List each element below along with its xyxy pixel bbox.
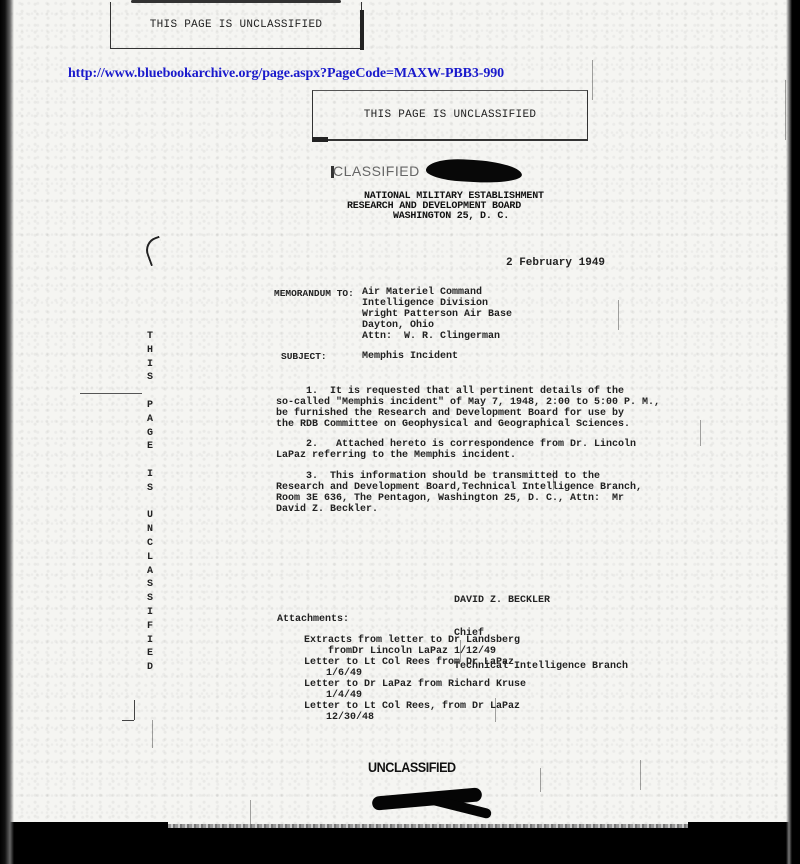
scan-scratch (640, 760, 641, 790)
attachments-label: Attachments: (277, 614, 349, 625)
scan-artifact-hook (142, 236, 168, 267)
attachment-date: 1/4/49 (304, 690, 526, 701)
vertical-unclassified-stamp: T H I S P A G E I S U N C L A S S I F I … (143, 330, 157, 675)
scan-border-left (0, 0, 14, 864)
addressee-line: Wright Patterson Air Base (362, 309, 512, 320)
stamp-letter: E (143, 440, 157, 454)
redaction-mark (425, 158, 522, 185)
letterhead-line-3: WASHINGTON 25, D. C. (393, 211, 509, 222)
scan-scratch (700, 420, 701, 446)
unclassified-stamp-text: THIS PAGE IS UNCLASSIFIED (364, 109, 537, 121)
attachment-title: Letter to Dr LaPaz from Richard Kruse (304, 679, 526, 690)
attachment-date: fromDr Lincoln LaPaz 1/12/49 (304, 646, 526, 657)
classified-stamp: CLASSIFIED (333, 163, 420, 179)
memorandum-addressee: Air Materiel Command Intelligence Divisi… (362, 287, 512, 342)
scan-scratch (618, 300, 619, 330)
stamp-letter: L (143, 551, 157, 565)
stamp-letter: S (143, 592, 157, 606)
stamp-letter: N (143, 523, 157, 537)
scan-scratch (152, 720, 153, 748)
scan-scratch (592, 60, 593, 100)
attachment-item: Letter to Lt Col Rees from Dr LaPaz 1/6/… (304, 657, 526, 679)
margin-line (80, 393, 142, 394)
subject-value: Memphis Incident (362, 351, 458, 362)
stamp-letter: I (143, 358, 157, 372)
paragraph-2: 2. Attached hereto is correspondence fro… (276, 439, 636, 461)
attachments-list: Extracts from letter to Dr Landsberg fro… (304, 635, 526, 723)
stamp-letter: H (143, 344, 157, 358)
stamp-letter: A (143, 413, 157, 427)
scan-border-right (786, 0, 800, 864)
addressee-line: Attn: W. R. Clingerman (362, 331, 512, 342)
addressee-line: Dayton, Ohio (362, 320, 512, 331)
attachment-title: Letter to Lt Col Rees, from Dr LaPaz (304, 701, 526, 712)
subject-label: SUBJECT: (281, 351, 327, 362)
unclassified-stamp-bottom: UNCLASSIFIED (368, 759, 456, 775)
unclassified-stamp-box-top: THIS PAGE IS UNCLASSIFIED (110, 2, 362, 49)
stamp-letter: T (143, 330, 157, 344)
stamp-letter: S (143, 371, 157, 385)
stamp-letter (143, 496, 157, 510)
stamp-letter: I (143, 634, 157, 648)
unclassified-stamp-text: THIS PAGE IS UNCLASSIFIED (150, 19, 323, 31)
stamp-letter: U (143, 509, 157, 523)
stamp-letter: P (143, 399, 157, 413)
memo-date: 2 February 1949 (506, 257, 605, 269)
margin-bracket-foot (122, 720, 134, 721)
attachment-title: Extracts from letter to Dr Landsberg (304, 635, 526, 646)
stamp-letter (143, 454, 157, 468)
attachment-title: Letter to Lt Col Rees from Dr LaPaz (304, 657, 526, 668)
stamp-letter: I (143, 606, 157, 620)
signer-name: DAVID Z. BECKLER (454, 595, 628, 606)
stamp-letter: D (143, 661, 157, 675)
addressee-line: Intelligence Division (362, 298, 512, 309)
scan-scratch (540, 768, 541, 792)
stamp-letter: F (143, 620, 157, 634)
attachment-item: Extracts from letter to Dr Landsberg fro… (304, 635, 526, 657)
stamp-letter: G (143, 427, 157, 441)
stamp-letter: I (143, 468, 157, 482)
stamp-letter: C (143, 537, 157, 551)
margin-bracket (134, 700, 135, 720)
scanned-document-page: THIS PAGE IS UNCLASSIFIED http://www.blu… (0, 0, 800, 864)
stamp-letter (143, 385, 157, 399)
attachment-item: Letter to Lt Col Rees, from Dr LaPaz 12/… (304, 701, 526, 723)
attachment-date: 1/6/49 (304, 668, 526, 679)
stamp-letter: S (143, 578, 157, 592)
memorandum-to-label: MEMORANDUM TO: (274, 288, 354, 299)
addressee-line: Air Materiel Command (362, 287, 512, 298)
attachment-date: 12/30/48 (304, 712, 526, 723)
stamp-letter: E (143, 647, 157, 661)
attachment-item: Letter to Dr LaPaz from Richard Kruse 1/… (304, 679, 526, 701)
scan-border-bottom (0, 828, 800, 864)
unclassified-stamp-box-second: THIS PAGE IS UNCLASSIFIED (312, 90, 588, 141)
paragraph-1: 1. It is requested that all pertinent de… (276, 386, 660, 430)
stamp-letter: A (143, 565, 157, 579)
paragraph-3: 3. This information should be transmitte… (276, 471, 642, 515)
stamp-letter: S (143, 482, 157, 496)
bluebook-archive-link[interactable]: http://www.bluebookarchive.org/page.aspx… (68, 66, 504, 82)
